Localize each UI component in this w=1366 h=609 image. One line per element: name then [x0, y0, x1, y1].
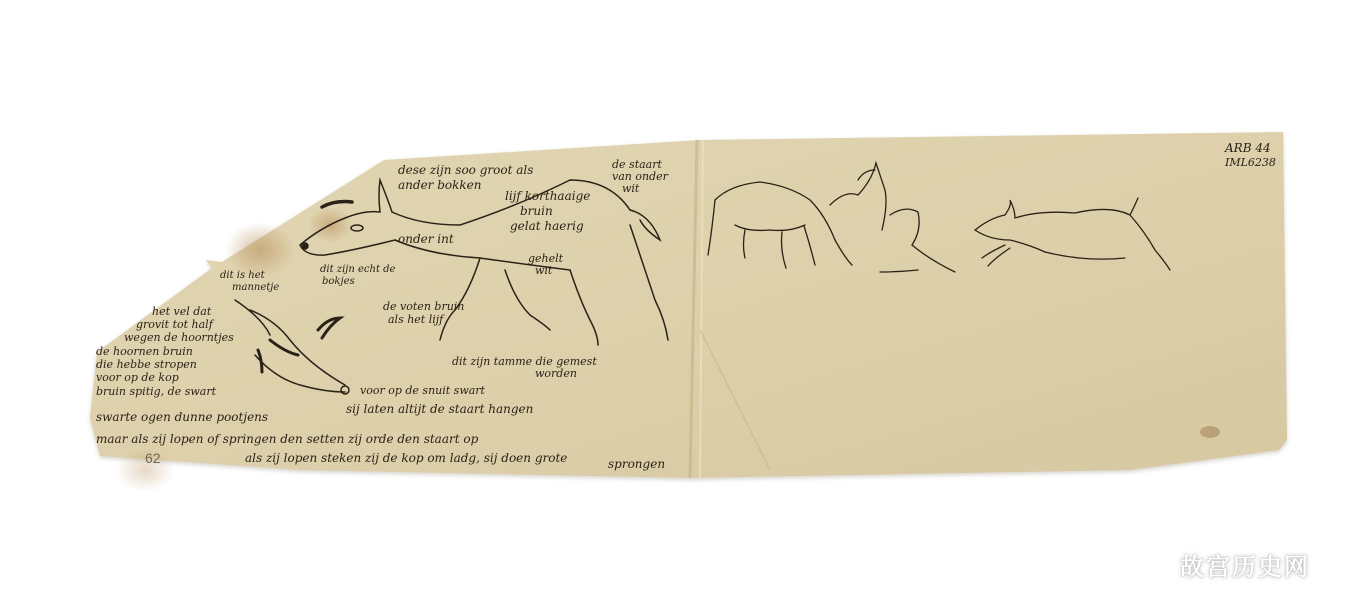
pencil-number: 62	[145, 450, 161, 466]
svg-text:bruin: bruin	[520, 204, 553, 218]
svg-text:de hoornen bruin: de hoornen bruin	[96, 345, 193, 358]
svg-text:bokjes: bokjes	[322, 276, 355, 287]
svg-text:wegen de hoorntjes: wegen de hoorntjes	[124, 331, 234, 344]
svg-text:als zij lopen steken zij de ko: als zij lopen steken zij de kop om ladg,…	[245, 451, 567, 465]
svg-text:wit: wit	[622, 182, 640, 195]
svg-text:dit is het: dit is het	[220, 270, 266, 281]
svg-text:sprongen: sprongen	[608, 457, 665, 471]
artwork-canvas: dese zijn soo groot als ander bokken lij…	[0, 0, 1366, 609]
svg-text:als het lijf: als het lijf	[388, 313, 445, 326]
svg-text:voor op de kop: voor op de kop	[96, 371, 179, 384]
svg-text:onder int: onder int	[398, 232, 454, 246]
svg-text:maar als zij lopen of springen: maar als zij lopen of springen den sette…	[96, 432, 479, 446]
svg-text:lijf korthaaige: lijf korthaaige	[505, 189, 590, 203]
svg-text:mannetje: mannetje	[232, 282, 279, 293]
svg-text:bruin spitig, de swart: bruin spitig, de swart	[96, 385, 217, 398]
svg-text:de voten bruin: de voten bruin	[383, 300, 464, 313]
svg-text:swarte ogen dunne pootjens: swarte ogen dunne pootjens	[96, 410, 268, 424]
svg-text:gelat haerig: gelat haerig	[510, 219, 584, 233]
svg-text:het vel dat: het vel dat	[152, 305, 212, 318]
svg-text:die hebbe stropen: die hebbe stropen	[96, 358, 197, 371]
site-watermark: 故宫历史网	[1180, 547, 1310, 582]
svg-text:ARB 44: ARB 44	[1224, 141, 1271, 155]
svg-text:voor op de snuit swart: voor op de snuit swart	[360, 384, 486, 397]
svg-text:ander bokken: ander bokken	[398, 178, 482, 192]
svg-text:sij laten altijt de staart han: sij laten altijt de staart hangen	[346, 402, 533, 416]
svg-text:IML6238: IML6238	[1224, 156, 1276, 169]
svg-text:grovit tot half: grovit tot half	[136, 318, 215, 331]
svg-text:worden: worden	[535, 367, 577, 380]
svg-text:dese zijn soo groot als: dese zijn soo groot als	[398, 163, 533, 177]
svg-text:van onder: van onder	[612, 170, 669, 183]
svg-text:wit: wit	[535, 264, 553, 277]
svg-text:dit zijn echt de: dit zijn echt de	[320, 264, 396, 275]
